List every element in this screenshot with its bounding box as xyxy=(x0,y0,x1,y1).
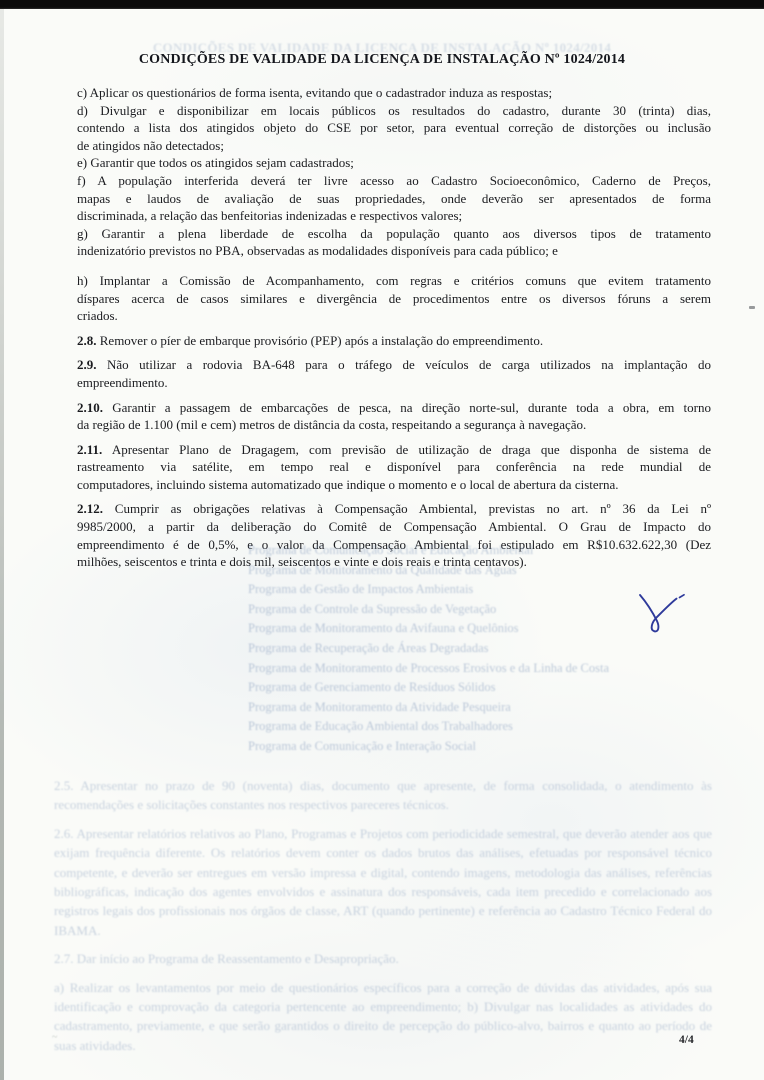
scanner-edge-bar xyxy=(0,0,764,9)
text-line: criados. xyxy=(77,307,711,325)
bleedthrough-paragraphs: 2.5. Apresentar no prazo de 90 (noventa)… xyxy=(54,776,712,1064)
condition-item-d: d) Divulgar e disponibilizar em locais p… xyxy=(77,102,711,155)
text-line: g) Garantir a plena liberdade de escolha… xyxy=(77,225,711,243)
item-number-label: 2.9. xyxy=(77,357,97,372)
condition-item-2-9: 2.9. Não utilizar a rodovia BA-648 para … xyxy=(77,356,711,391)
bleedthrough-list-line: Programa de Educação Ambiental dos Traba… xyxy=(248,719,668,739)
condition-item-2-10: 2.10. Garantir a passagem de embarcações… xyxy=(77,399,711,434)
scanned-document-page: CONDIÇÕES DE VALIDADE DA LICENÇA DE INST… xyxy=(0,0,764,1080)
text-line: computadores, incluindo sistema automati… xyxy=(77,476,711,494)
text-line: 9985/2000, a partir da deliberação do Co… xyxy=(77,518,711,536)
text-line: 2.12. Cumprir as obrigações relativas à … xyxy=(77,500,711,518)
bleedthrough-list-line: Programa de Controle da Supressão de Veg… xyxy=(248,602,668,622)
bleedthrough-list-line: Programa de Monitoramento da Atividade P… xyxy=(248,700,668,720)
item-number-label: 2.10. xyxy=(77,400,103,415)
scan-left-edge-shadow xyxy=(0,9,4,1080)
text-line: 2.11. Apresentar Plano de Dragagem, com … xyxy=(77,441,711,459)
bleedthrough-paragraph: a) Realizar os levantamentos por meio de… xyxy=(54,978,712,1056)
text-line: indenizatório previstos no PBA, observad… xyxy=(77,242,711,260)
text-line: 2.10. Garantir a passagem de embarcações… xyxy=(77,399,711,417)
text-line: de atingidos não detectados; xyxy=(77,137,711,155)
bleedthrough-list-line: Programa de Gestão de Impactos Ambientai… xyxy=(248,582,668,602)
bleedthrough-list-line: Programa de Comunicação e Interação Soci… xyxy=(248,739,668,759)
conditions-text-block: c) Aplicar os questionários de forma ise… xyxy=(77,84,711,571)
text-line: contendo a lista dos atingidos objeto do… xyxy=(77,119,711,137)
condition-item-f: f) A população interferida deverá ter li… xyxy=(77,172,711,225)
item-number-label: 2.11. xyxy=(77,442,102,457)
bleedthrough-list-line: Programa de Monitoramento da Avifauna e … xyxy=(248,621,668,641)
text-line: rastreamento via satélite, em tempo real… xyxy=(77,458,711,476)
handwritten-mark xyxy=(634,590,686,638)
bleedthrough-paragraph: 2.6. Apresentar relatórios relativos ao … xyxy=(54,824,712,940)
page-number: 4/4 xyxy=(679,1034,694,1046)
condition-item-2-8: 2.8. Remover o píer de embarque provisór… xyxy=(77,332,711,350)
item-number-label: 2.12. xyxy=(77,501,103,516)
bleedthrough-program-list: Programa de Comunicação Social e Educaçã… xyxy=(248,543,668,759)
condition-item-2-11: 2.11. Apresentar Plano de Dragagem, com … xyxy=(77,441,711,494)
document-title: CONDIÇÕES DE VALIDADE DA LICENÇA DE INST… xyxy=(0,52,764,68)
text-line: da região de 1.100 (mil e cem) metros de… xyxy=(77,416,711,434)
text-line: discriminada, a relação das benfeitorias… xyxy=(77,207,711,225)
bleedthrough-paragraph: 2.5. Apresentar no prazo de 90 (noventa)… xyxy=(54,776,712,815)
text-line: empreendimento. xyxy=(77,374,711,392)
text-line: h) Implantar a Comissão de Acompanhament… xyxy=(77,272,711,290)
text-line: d) Divulgar e disponibilizar em locais p… xyxy=(77,102,711,120)
bleedthrough-paragraph: 2.7. Dar início ao Programa de Reassenta… xyxy=(54,949,712,968)
text-line: 2.9. Não utilizar a rodovia BA-648 para … xyxy=(77,356,711,374)
text-line: díspares acerca de casos similares e div… xyxy=(77,290,711,308)
condition-item-e: e) Garantir que todos os atingidos sejam… xyxy=(77,154,711,172)
bleedthrough-list-line: Programa de Monitoramento da Qualidade d… xyxy=(248,563,668,583)
text-line: c) Aplicar os questionários de forma ise… xyxy=(77,84,711,102)
text-line: f) A população interferida deverá ter li… xyxy=(77,172,711,190)
bleedthrough-list-line: Programa de Monitoramento de Processos E… xyxy=(248,661,668,681)
scan-smudge: ~ xyxy=(52,1032,57,1043)
condition-item-c: c) Aplicar os questionários de forma ise… xyxy=(77,84,711,102)
text-line: mapas e laudos de avaliação de suas prop… xyxy=(77,190,711,208)
text-line: e) Garantir que todos os atingidos sejam… xyxy=(77,154,711,172)
condition-item-h: h) Implantar a Comissão de Acompanhament… xyxy=(77,272,711,325)
bleedthrough-list-line: Programa de Recuperação de Áreas Degrada… xyxy=(248,641,668,661)
scan-speck xyxy=(749,306,755,309)
item-number-label: 2.8. xyxy=(77,333,97,348)
bleedthrough-list-line: Programa de Gerenciamento de Resíduos Só… xyxy=(248,680,668,700)
bleedthrough-list-line: Programa de Comunicação Social e Educaçã… xyxy=(248,543,668,563)
text-line: 2.8. Remover o píer de embarque provisór… xyxy=(77,332,711,350)
condition-item-g: g) Garantir a plena liberdade de escolha… xyxy=(77,225,711,260)
